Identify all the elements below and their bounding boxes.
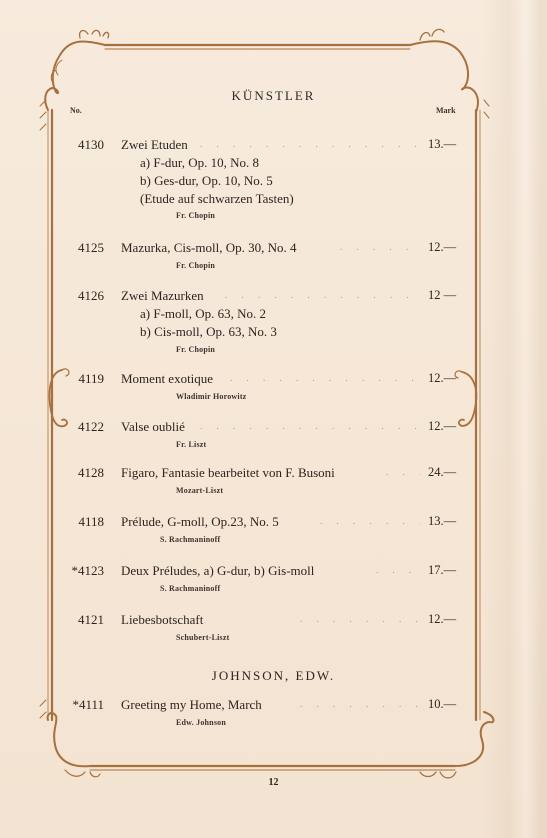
entry-composer: Wladimir Horowitz (176, 392, 246, 401)
entry-number: 4121 (54, 612, 104, 628)
entry-composer: Fr. Chopin (176, 261, 215, 270)
entry-title: Mazurka, Cis-moll, Op. 30, No. 4 (121, 240, 296, 256)
entry-price: 12.— (428, 419, 456, 434)
catalog-page: KÜNSTLER No. Mark 4130 Zwei Etuden . . .… (0, 0, 547, 838)
entry-composer: Edw. Johnson (176, 718, 226, 727)
entry-composer: S. Rachmaninoff (160, 584, 220, 593)
entry-title: Moment exotique (121, 371, 213, 387)
entry-price: 12.— (428, 371, 456, 386)
dot-leader: . . . . . . . . . . . . . . . . . . . . … (386, 467, 420, 477)
entry-title: Valse oublié (121, 419, 185, 435)
entry-price: 12 — (428, 288, 456, 303)
page-number: 12 (0, 777, 547, 788)
entry-price: 13.— (428, 514, 456, 529)
entry-title: Zwei Mazurken (121, 288, 204, 304)
entry-number: 4118 (54, 514, 104, 530)
page-title: KÜNSTLER (0, 88, 547, 104)
dot-leader: . . . . . . . . . . . . . . . . . . . . … (300, 699, 420, 709)
column-header-price: Mark (436, 106, 456, 115)
entry-title: Prélude, G-moll, Op.23, No. 5 (121, 514, 279, 530)
entry-price: 10.— (428, 697, 456, 712)
entry-composer: Fr. Chopin (176, 211, 215, 220)
entry-composer: Schubert-Liszt (176, 633, 229, 642)
dot-leader: . . . . . . . . . . . . . . . . . . . . … (300, 614, 420, 624)
dot-leader: . . . . . . . . . . . . . . . . . . . . … (230, 373, 420, 383)
dot-leader: . . . . . . . . . . . . . . . . . . . . … (225, 290, 420, 300)
entry-composer: Mozart-Liszt (176, 486, 223, 495)
section-title: JOHNSON, EDW. (0, 668, 547, 684)
entry-number: 4128 (54, 465, 104, 481)
entry-price: 24.— (428, 465, 456, 480)
entry-number: *4123 (54, 563, 104, 579)
column-header-no: No. (70, 106, 82, 115)
entry-subline: b) Ges-dur, Op. 10, No. 5 (140, 173, 273, 189)
entry-price: 17.— (428, 563, 456, 578)
entry-price: 12.— (428, 240, 456, 255)
entry-composer: Fr. Liszt (176, 440, 206, 449)
entry-title: Zwei Etuden (121, 137, 188, 153)
entry-subline: a) F-dur, Op. 10, No. 8 (140, 155, 259, 171)
dot-leader: . . . . . . . . . . . . . . . . . . . . … (200, 139, 420, 149)
entry-subline: (Etude auf schwarzen Tasten) (140, 191, 294, 207)
dot-leader: . . . . . . . . . . . . . . . . . . . . … (200, 421, 420, 431)
entry-title: Deux Préludes, a) G-dur, b) Gis-moll (121, 563, 314, 579)
entry-composer: S. Rachmaninoff (160, 535, 220, 544)
entry-number: 4119 (54, 371, 104, 387)
dot-leader: . . . . . . . . . . . . . . . . . . . . … (320, 516, 420, 526)
entry-price: 13.— (428, 137, 456, 152)
entry-number: *4111 (54, 697, 104, 713)
entry-composer: Fr. Chopin (176, 345, 215, 354)
entry-title: Liebesbotschaft (121, 612, 203, 628)
entry-number: 4125 (54, 240, 104, 256)
dot-leader: . . . . . . . . . . . . . . . . . . . . … (376, 565, 420, 575)
entry-number: 4126 (54, 288, 104, 304)
entry-title: Greeting my Home, March (121, 697, 262, 713)
dot-leader: . . . . . . . . . . . . . . . . . . . . … (340, 242, 420, 252)
entry-number: 4130 (54, 137, 104, 153)
entry-subline: a) F-moll, Op. 63, No. 2 (140, 306, 266, 322)
entry-title: Figaro, Fantasie bearbeitet von F. Buson… (121, 465, 335, 481)
entry-price: 12.— (428, 612, 456, 627)
entry-number: 4122 (54, 419, 104, 435)
entry-subline: b) Cis-moll, Op. 63, No. 3 (140, 324, 277, 340)
